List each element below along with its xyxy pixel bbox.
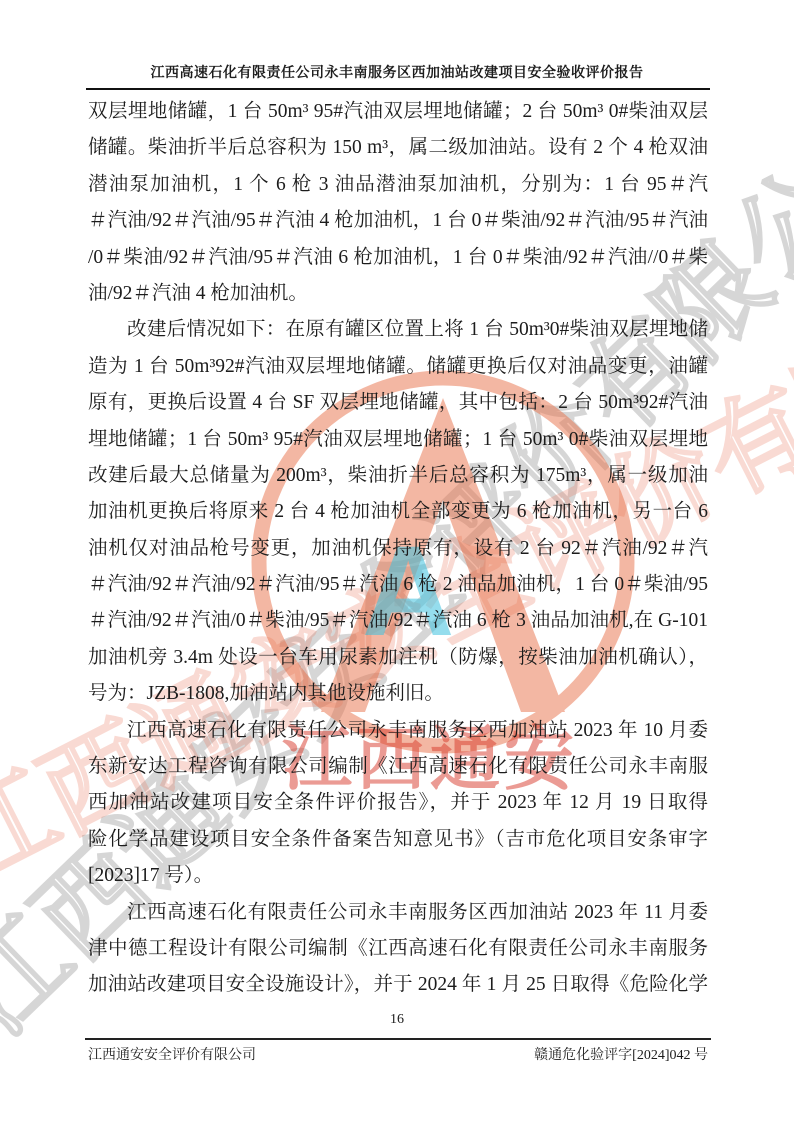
- body-line: 油/92＃汽油 4 枪加油机。: [88, 276, 708, 312]
- body-line: 江西高速石化有限责任公司永丰南服务区西加油站 2023 年 11 月委托天: [88, 895, 708, 931]
- footer-rule: [85, 1038, 711, 1040]
- body-line: 储罐。柴油折半后总容积为 150 m³，属二级加油站。设有 2 个 4 枪双油品: [88, 130, 708, 166]
- body-line: 加油站改建项目安全设施设计》，并于 2024 年 1 月 25 日取得《危险化学…: [88, 967, 708, 1003]
- body-line: 双层埋地储罐，1 台 50m³ 95#汽油双层埋地储罐；2 台 50m³ 0#柴…: [88, 94, 708, 130]
- body-line: 江西高速石化有限责任公司永丰南服务区西加油站 2023 年 10 月委托山: [88, 713, 708, 749]
- body-line: 油机仅对油品枪号变更，加油机保持原有，设有 2 台 92＃汽油/92＃汽油/95: [88, 531, 708, 567]
- body-line: ＃汽油/92＃汽油/95＃汽油 4 枪加油机，1 台 0＃柴油/92＃汽油/95…: [88, 203, 708, 239]
- footer-row: 江西通安安全评价有限公司 赣通危化验评字[2024]042 号: [88, 1044, 708, 1064]
- body-line: 号为：JZB-1808,加油站内其他设施利旧。: [88, 676, 708, 712]
- document-body: 双层埋地储罐，1 台 50m³ 95#汽油双层埋地储罐；2 台 50m³ 0#柴…: [88, 94, 708, 1004]
- body-line: /0＃柴油/92＃汽油/95＃汽油 6 枪加油机，1 台 0＃柴油/92＃汽油/…: [88, 240, 708, 276]
- body-line: 改建后最大总储量为 200m³，柴油折半后总容积为 175m³，属一级加油站，: [88, 458, 708, 494]
- body-line: 西加油站改建项目安全条件评价报告》，并于 2023 年 12 月 19 日取得《…: [88, 785, 708, 821]
- footer-company: 江西通安安全评价有限公司: [88, 1044, 256, 1064]
- document-page: 江西通安安全评价有限公司 江西通安安全评价有限公司 A 江西通安 江西高速石化有…: [0, 0, 794, 1123]
- header-rule: [86, 88, 710, 90]
- body-line: 原有，更换后设置 4 台 SF 双层埋地储罐，其中包括：2 台 50m³92#汽…: [88, 385, 708, 421]
- body-line: 改建后情况如下：在原有罐区位置上将 1 台 50m³0#柴油双层埋地储罐改: [88, 312, 708, 348]
- paragraph: 江西高速石化有限责任公司永丰南服务区西加油站 2023 年 11 月委托天津中德…: [88, 895, 708, 1004]
- paragraph: 双层埋地储罐，1 台 50m³ 95#汽油双层埋地储罐；2 台 50m³ 0#柴…: [88, 94, 708, 312]
- footer-doc-number: 赣通危化验评字[2024]042 号: [534, 1044, 708, 1064]
- body-line: 险化学品建设项目安全条件备案告知意见书》（吉市危化项目安条审字: [88, 822, 708, 858]
- body-line: 加油机旁 3.4m 处设一台车用尿素加注机（防爆，按柴油加油机确认），型: [88, 640, 708, 676]
- body-line: 加油机更换后将原来 2 台 4 枪加油机全部变更为 6 枪加油机，另一台 6 枪…: [88, 494, 708, 530]
- page-number: 16: [0, 1012, 794, 1028]
- body-line: [2023]17 号）。: [88, 858, 708, 894]
- body-line: ＃汽油/92＃汽油/92＃汽油/95＃汽油 6 枪 2 油品加油机，1 台 0＃…: [88, 567, 708, 603]
- paragraph: 改建后情况如下：在原有罐区位置上将 1 台 50m³0#柴油双层埋地储罐改造为 …: [88, 312, 708, 712]
- paragraph: 江西高速石化有限责任公司永丰南服务区西加油站 2023 年 10 月委托山东新安…: [88, 713, 708, 895]
- page-header-title: 江西高速石化有限责任公司永丰南服务区西加油站改建项目安全验收评价报告: [0, 62, 794, 82]
- body-line: 东新安达工程咨询有限公司编制《江西高速石化有限责任公司永丰南服务区: [88, 749, 708, 785]
- body-line: 埋地储罐；1 台 50m³ 95#汽油双层埋地储罐；1 台 50m³ 0#柴油双…: [88, 422, 708, 458]
- body-line: 津中德工程设计有限公司编制《江西高速石化有限责任公司永丰南服务区西: [88, 931, 708, 967]
- body-line: 潜油泵加油机，1 个 6 枪 3 油品潜油泵加油机，分别为：1 台 95＃汽油/…: [88, 167, 708, 203]
- body-line: 造为 1 台 50m³92#汽油双层埋地储罐。储罐更换后仅对油品变更，油罐保持: [88, 349, 708, 385]
- body-line: ＃汽油/92＃汽油/0＃柴油/95＃汽油/92＃汽油 6 枪 3 油品加油机,在…: [88, 603, 708, 639]
